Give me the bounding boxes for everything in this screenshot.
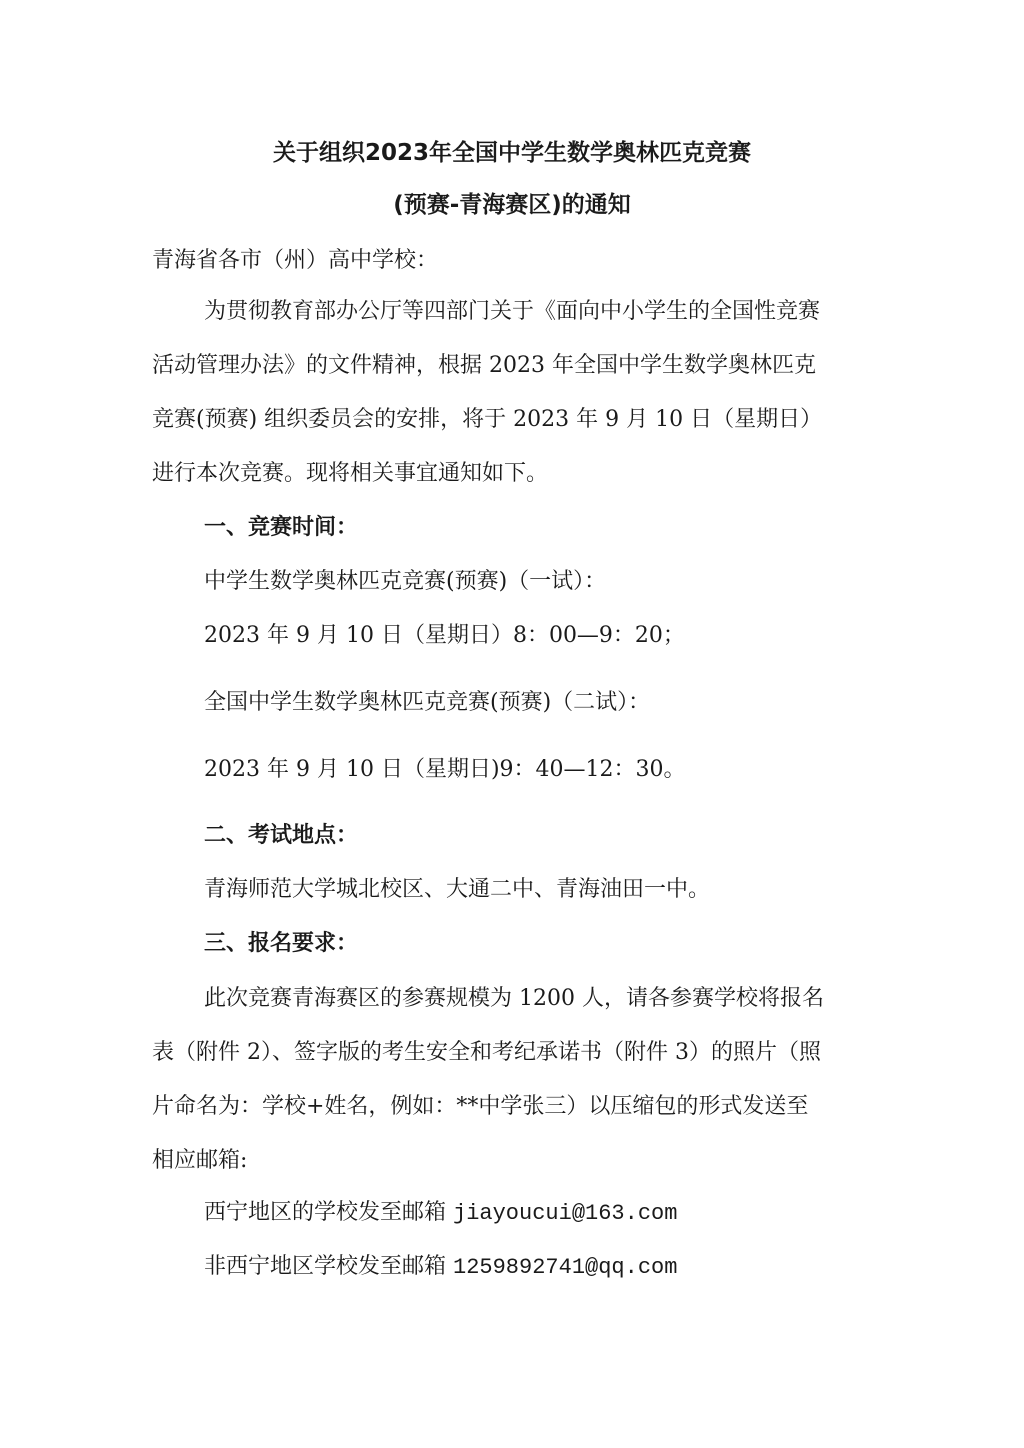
registration-line-4: 相应邮箱:: [152, 1146, 247, 1176]
intro-line-2: 活动管理办法》的文件精神，根据 2023 年全国中学生数学奥林匹克: [152, 351, 816, 381]
document-title-line-2: (预赛-青海赛区)的通知: [0, 190, 1024, 220]
email-label-non-xining: 非西宁地区学校发至邮箱: [204, 1254, 453, 1279]
registration-line-3: 片命名为：学校+姓名，例如：**中学张三）以压缩包的形式发送至: [152, 1092, 808, 1122]
section-heading-time: 一、竞赛时间：: [204, 513, 358, 543]
email-address-xining[interactable]: jiayoucui@163.com: [453, 1201, 677, 1226]
email-row-non-xining: 非西宁地区学校发至邮箱 1259892741@qq.com: [204, 1252, 677, 1283]
email-row-xining: 西宁地区的学校发至邮箱 jiayoucui@163.com: [204, 1198, 677, 1229]
intro-line-3: 竞赛(预赛) 组织委员会的安排，将于 2023 年 9 月 10 日（星期日）: [152, 405, 822, 435]
registration-line-1: 此次竞赛青海赛区的参赛规模为 1200 人，请各参赛学校将报名: [204, 984, 824, 1014]
email-address-non-xining[interactable]: 1259892741@qq.com: [453, 1255, 677, 1280]
intro-line-1: 为贯彻教育部办公厅等四部门关于《面向中小学生的全国性竞赛: [204, 297, 820, 327]
intro-line-4: 进行本次竞赛。现将相关事宜通知如下。: [152, 459, 548, 489]
time-item-4: 2023 年 9 月 10 日（星期日)9：40—12：30。: [204, 755, 686, 785]
time-item-3: 全国中学生数学奥林匹克竞赛(预赛)（二试）：: [204, 688, 650, 718]
location-text: 青海师范大学城北校区、大通二中、青海油田一中。: [204, 875, 710, 905]
section-heading-location: 二、考试地点：: [204, 821, 358, 851]
salutation: 青海省各市（州）高中学校：: [152, 246, 438, 276]
time-item-2: 2023 年 9 月 10 日（星期日）8：00—9：20；: [204, 621, 685, 651]
registration-line-2: 表（附件 2）、签字版的考生安全和考纪承诺书（附件 3）的照片（照: [152, 1038, 821, 1068]
email-label-xining: 西宁地区的学校发至邮箱: [204, 1200, 453, 1225]
document-title-line-1: 关于组织2023年全国中学生数学奥林匹克竞赛: [0, 138, 1024, 168]
section-heading-registration: 三、报名要求：: [204, 929, 358, 959]
time-item-1: 中学生数学奥林匹克竞赛(预赛)（一试）：: [204, 567, 606, 597]
